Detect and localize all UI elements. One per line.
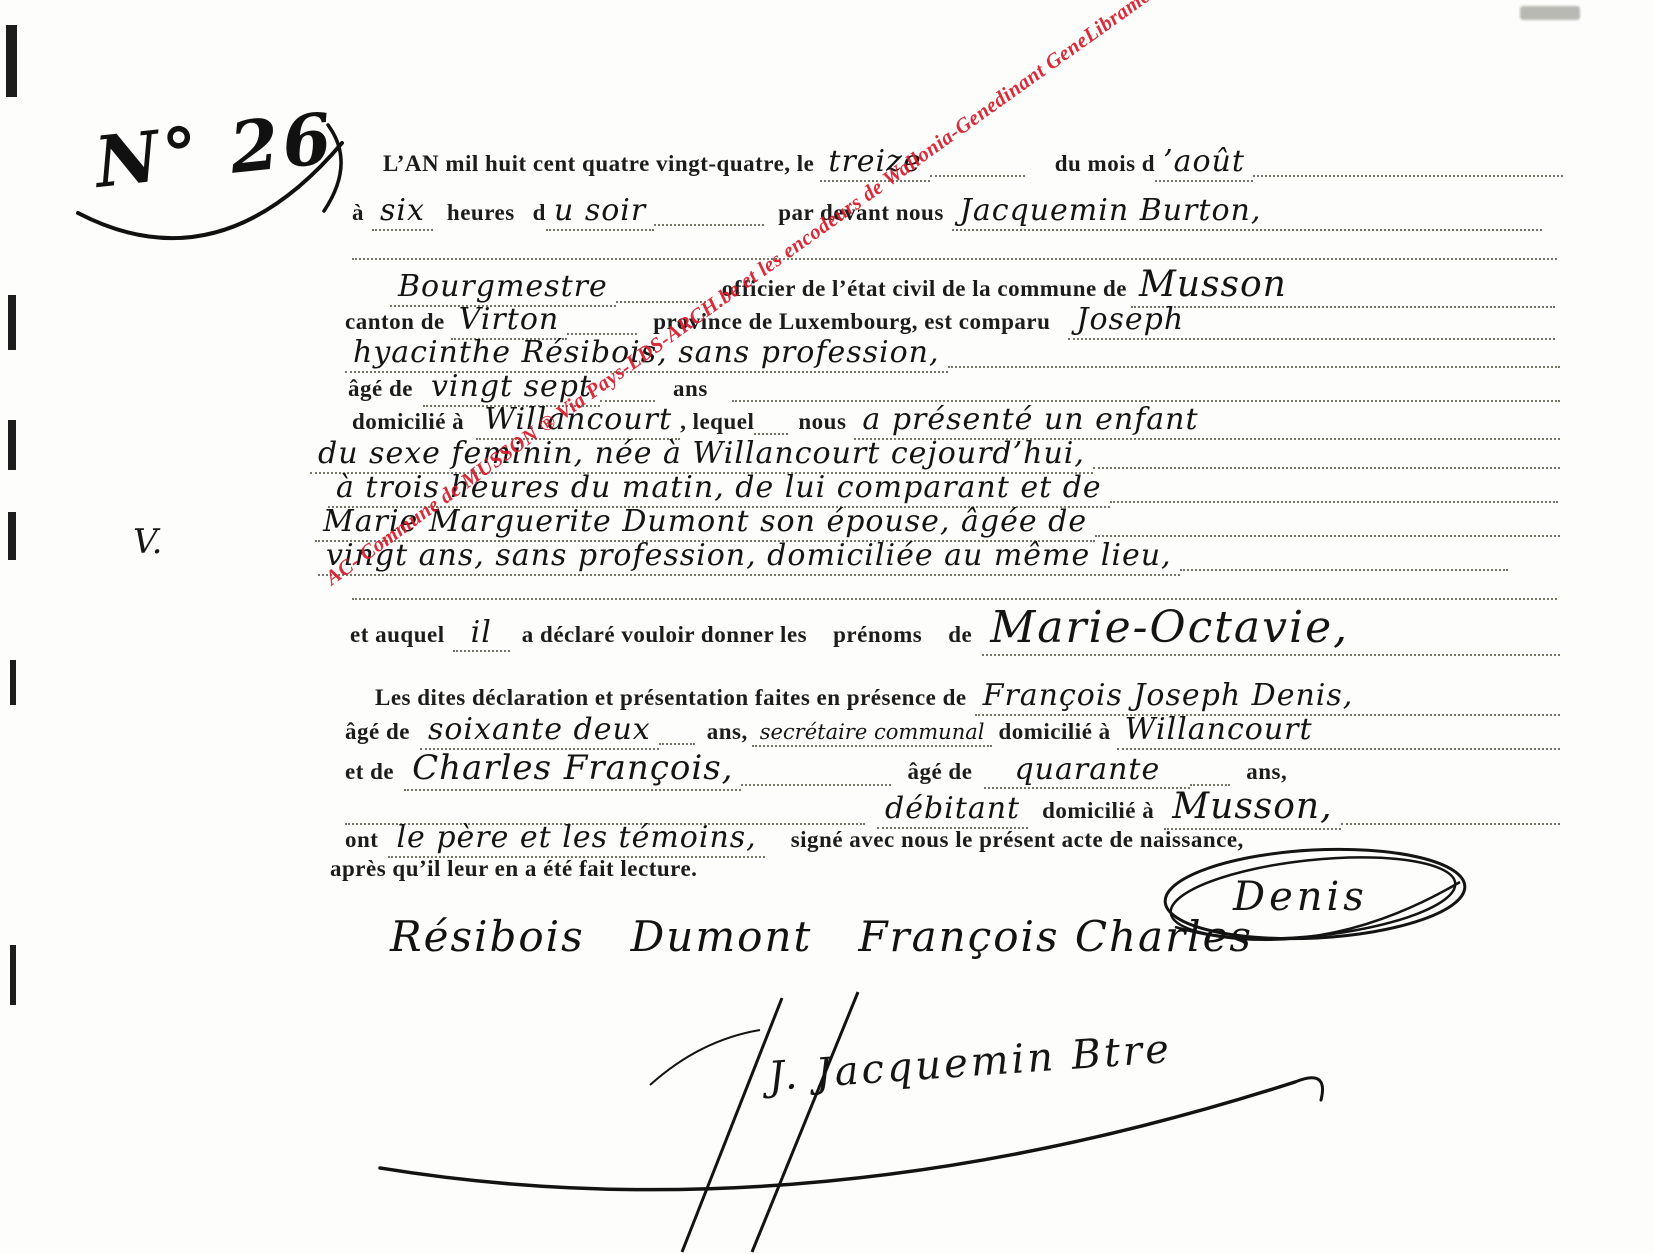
- form-line-birth-hour: à trois heures du matin, de lui comparan…: [328, 470, 1558, 508]
- form-line-declarant: hyacinthe Résibois, sans profession,: [345, 335, 1560, 373]
- printed-text: nous: [798, 409, 846, 435]
- handwritten-witness1-profession: secrétaire communal: [752, 720, 993, 747]
- form-line-witness1: âgé de soixante deux ans, secrétaire com…: [345, 712, 1560, 750]
- scan-artifact: [6, 25, 17, 97]
- form-line-witnesses-intro: Les dites déclaration et présentation fa…: [375, 678, 1560, 716]
- signature-resibois: Résibois: [390, 912, 585, 961]
- printed-text: âgé de: [907, 759, 972, 785]
- handwritten-witness1-domicile: Willancourt: [1117, 712, 1560, 750]
- signature-dumont: Dumont: [631, 912, 813, 961]
- printed-text: officier de l’état civil de la commune d…: [722, 276, 1127, 302]
- printed-text: , lequel: [680, 409, 754, 435]
- printed-text: et auquel: [350, 622, 445, 648]
- handwritten-month: ’août: [1155, 144, 1253, 182]
- printed-text: a déclaré vouloir donner les: [522, 622, 807, 648]
- handwritten-witness2-age: quarante: [984, 752, 1190, 789]
- printed-text: domicilié à: [998, 719, 1110, 745]
- handwritten-officer-name: Jacquemin Burton,: [952, 193, 1542, 231]
- scan-artifact: [10, 660, 16, 705]
- scan-artifact: [1520, 6, 1580, 20]
- act-number: N° 26: [89, 96, 339, 204]
- printed-text: Les dites déclaration et présentation fa…: [375, 685, 967, 711]
- form-line-given-names: et auquel il a déclaré vouloir donner le…: [350, 602, 1560, 656]
- margin-note: V.: [133, 522, 162, 562]
- handwritten-signers: le père et les témoins,: [388, 820, 764, 858]
- printed-text: domicilié à: [352, 409, 464, 435]
- handwritten-witness2-name: Charles François,: [404, 748, 741, 791]
- printed-text: heures: [447, 200, 515, 226]
- dotted-rule: [352, 598, 1557, 600]
- printed-text: canton de: [345, 309, 445, 335]
- form-line-hour-officer: à six heures d u soir par devant nous Ja…: [352, 193, 1542, 231]
- handwritten-hour: six: [372, 193, 433, 231]
- handwritten-witness1-name: François Joseph Denis,: [975, 678, 1560, 716]
- printed-text: à: [352, 200, 364, 226]
- printed-text: après qu’il leur en a été fait lecture.: [330, 856, 697, 882]
- printed-text: de: [948, 622, 972, 648]
- printed-text: ans: [673, 376, 708, 402]
- handwritten-entry: du sexe feminin, née à Willancourt cejou…: [310, 436, 1093, 474]
- printed-text: ans,: [707, 719, 748, 745]
- officer-signature-flourish: [290, 990, 1420, 1254]
- handwritten-period: u soir: [546, 193, 654, 231]
- printed-text: d: [533, 200, 546, 226]
- printed-text: âgé de: [348, 376, 413, 402]
- scan-artifact: [8, 420, 16, 470]
- act-number-flourish: N° 26: [70, 95, 370, 255]
- form-line-lecture: après qu’il leur en a été fait lecture.: [330, 856, 697, 882]
- printed-text: L’AN mil huit cent quatre vingt-quatre, …: [383, 151, 814, 177]
- printed-text: et de: [345, 759, 394, 785]
- birth-certificate-scan: N° 26 V. L’AN mil huit cent quatre vingt…: [0, 0, 1654, 1254]
- form-line-mother-age: vingt ans, sans profession, domiciliée a…: [318, 538, 1508, 576]
- handwritten-entry: a présenté un enfant: [854, 402, 1560, 440]
- form-line-year-day: L’AN mil huit cent quatre vingt-quatre, …: [383, 144, 1563, 182]
- handwritten-child-name: Marie-Octavie,: [982, 602, 1560, 656]
- scan-artifact: [10, 945, 16, 1005]
- handwritten-witness1-age: soixante deux: [420, 712, 659, 750]
- handwritten-entry: vingt ans, sans profession, domiciliée a…: [318, 538, 1180, 576]
- form-line-witness2: et de Charles François, âgé de quarante …: [345, 748, 1560, 791]
- printed-text: prénoms: [833, 622, 922, 648]
- handwritten-entry: il: [453, 615, 510, 652]
- printed-text: âgé de: [345, 719, 410, 745]
- dotted-rule: [352, 258, 1557, 260]
- scan-artifact: [8, 512, 16, 560]
- scan-artifact: [8, 295, 16, 350]
- signatures-row: Résibois Dumont François Charles: [390, 912, 1253, 961]
- signature-francois-charles: François Charles: [858, 912, 1253, 961]
- printed-text: du mois d: [1055, 151, 1155, 177]
- printed-text: ans,: [1246, 759, 1560, 785]
- form-line-mother: Marie Marguerite Dumont son épouse, âgée…: [315, 504, 1560, 542]
- printed-text: ont: [345, 827, 378, 853]
